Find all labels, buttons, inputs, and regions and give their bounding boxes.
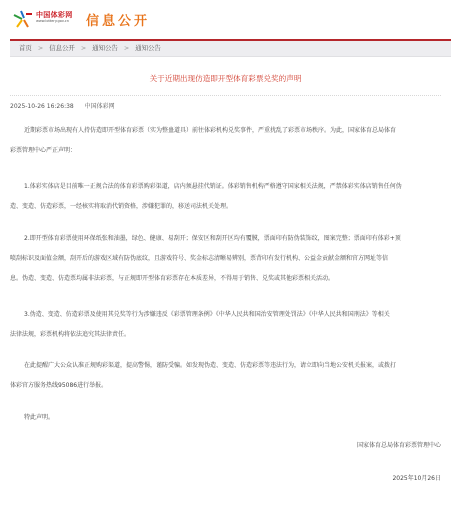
breadcrumb-separator: > xyxy=(38,41,43,56)
article-paragraph: 特此声明。 xyxy=(10,408,442,428)
lottery-logo-icon[interactable] xyxy=(13,10,33,28)
logo-text[interactable]: 中国体彩网 www.lottery.gov.cn xyxy=(36,11,73,24)
article-paragraph: 1.体彩实体店是目前唯一正规合法的体育彩票购彩渠道，店内须悬挂代销证。体彩销售机… xyxy=(10,177,442,217)
breadcrumb-current[interactable]: 通知公告 xyxy=(135,41,161,56)
article-paragraph: 2.即开型体育彩票使用环保纸张和油墨，绿色、健康、易刮开；保安区和刮开区均有覆膜… xyxy=(10,229,442,289)
breadcrumb: 首页 > 信息公开 > 通知公告 > 通知公告 xyxy=(10,41,451,57)
breadcrumb-separator: > xyxy=(81,41,86,56)
article-meta: 2025-10-26 16:26:38 中国体彩网 xyxy=(10,101,115,110)
article-paragraph: 3.伪造、变造、仿造彩票及使用其兑奖等行为涉嫌违反《彩票管理条例》《中华人民共和… xyxy=(10,305,442,345)
logo-url: www.lottery.gov.cn xyxy=(36,19,73,24)
breadcrumb-home[interactable]: 首页 xyxy=(19,41,32,56)
article-source: 中国体彩网 xyxy=(85,103,115,110)
breadcrumb-separator: > xyxy=(124,41,129,56)
article-paragraph: 在此提醒广大公众认准正规购彩渠道，提高警惕，谨防受骗。如发现伪造、变造、仿造彩票… xyxy=(10,356,442,396)
site-header: 中国体彩网 www.lottery.gov.cn 信息公开 xyxy=(0,0,451,38)
section-title: 信息公开 xyxy=(86,10,150,29)
article-title: 关于近期出现仿造即开型体育彩票兑奖的声明 xyxy=(0,73,451,84)
article-paragraph: 近期彩票市场出现有人持仿造即开型体育彩票（实为整蛊道具）前往体彩机构兑奖事件，严… xyxy=(10,121,442,161)
title-divider xyxy=(10,95,441,96)
article-datetime: 2025-10-26 16:26:38 xyxy=(10,103,74,110)
signature-org: 国家体育总局体育彩票管理中心 xyxy=(357,440,441,449)
breadcrumb-notices[interactable]: 通知公告 xyxy=(92,41,118,56)
signature-date: 2025年10月26日 xyxy=(392,473,441,482)
breadcrumb-info-public[interactable]: 信息公开 xyxy=(49,41,75,56)
logo-name: 中国体彩网 xyxy=(36,11,73,19)
